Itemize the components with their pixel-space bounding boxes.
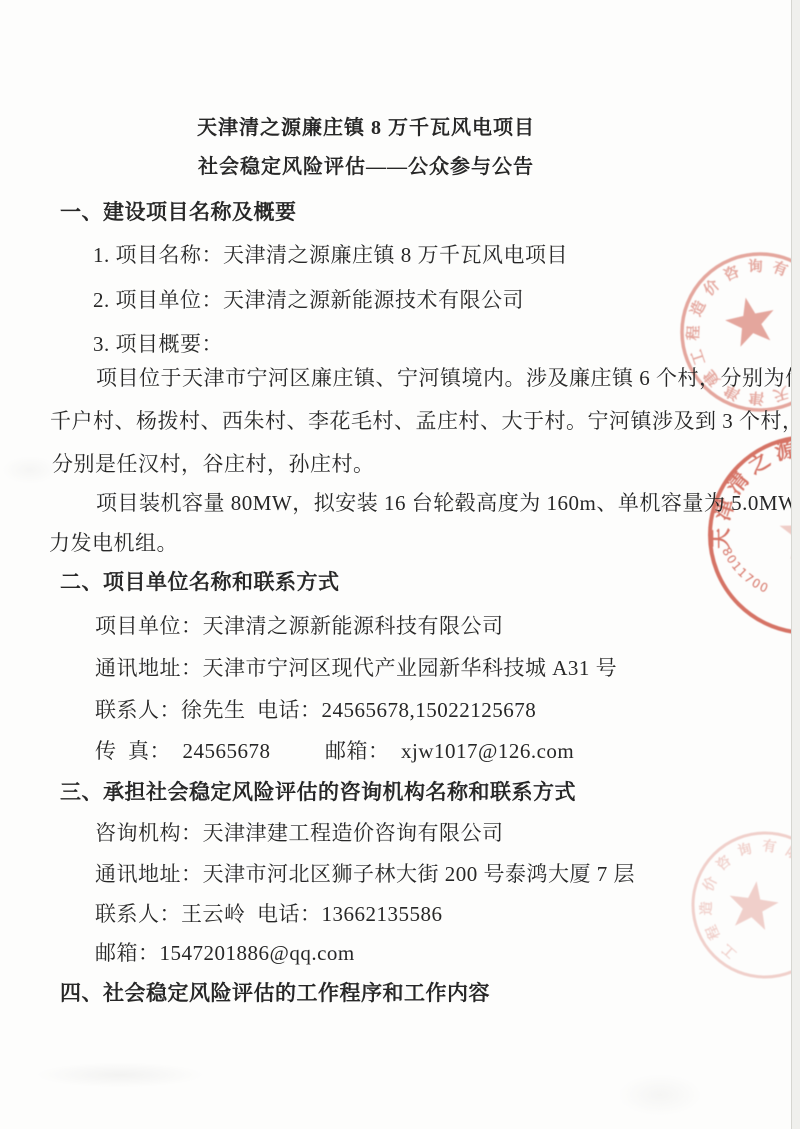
section2-unit: 项目单位：天津清之源新能源科技有限公司 [95,614,504,639]
section2-address: 通讯地址：天津市宁河区现代产业园新华科技城 A31 号 [95,656,617,681]
section1-para2-line1: 项目装机容量 80MW，拟安装 16 台轮毂高度为 160m、单机容量为 5.0… [96,491,800,516]
seal-star-icon [726,878,782,931]
seal-ring-text: 工程造价咨询有限公司 [698,837,800,961]
scanned-document-page: 天津津建工程造价咨询有限公司 天津清之源 8011700 工程造价咨询有限公司 … [0,0,800,1129]
seal-consulting-lower: 工程造价咨询有限公司 [693,833,800,977]
section1-item-project-unit: 2. 项目单位：天津清之源新能源技术有限公司 [93,288,524,313]
section1-item-project-summary: 3. 项目概要： [93,332,223,357]
seal-serial-number: 8011700 [719,545,771,596]
seal-star-icon [721,292,779,348]
section1-heading: 一、建设项目名称及概要 [60,200,297,225]
section3-address: 通讯地址：天津市河北区狮子林大街 200 号泰鸿大厦 7 层 [95,862,635,887]
section2-heading: 二、项目单位名称和联系方式 [60,570,340,595]
section3-email: 邮箱：1547201886@qq.com [95,941,355,966]
section3-contact-phone: 联系人：王云岭 电话：13662135586 [95,902,443,927]
section2-fax-email: 传 真： 24565678 邮箱： xjw1017@126.com [95,739,574,764]
seal-rim-circle [710,437,800,633]
doc-title-line-2: 社会稳定风险评估——公众参与公告 [0,155,732,180]
section1-para1-line1: 项目位于天津市宁河区廉庄镇、宁河镇境内。涉及廉庄镇 6 个村，分别为任 [96,366,800,391]
section1-item-project-name: 1. 项目名称：天津清之源廉庄镇 8 万千瓦风电项目 [93,243,568,268]
seal-rim-circle [693,833,800,977]
doc-title-line-1: 天津清之源廉庄镇 8 万千瓦风电项目 [0,116,732,141]
section1-para1-line2: 千户村、杨拨村、西朱村、李花毛村、孟庄村、大于村。宁河镇涉及到 3 个村， [50,409,800,434]
section1-para1-line3: 分别是任汉村，谷庄村，孙庄村。 [52,452,375,477]
seal-qingzhiyuan-middle: 天津清之源 8011700 [709,435,800,633]
section3-agency: 咨询机构：天津津建工程造价咨询有限公司 [95,821,504,846]
section3-heading: 三、承担社会稳定风险评估的咨询机构名称和联系方式 [60,780,576,805]
scan-edge [791,0,800,1129]
section4-heading: 四、社会稳定风险评估的工作程序和工作内容 [60,981,490,1006]
section2-contact-phone: 联系人：徐先生 电话：24565678,15022125678 [95,698,536,723]
section1-para2-line2: 力发电机组。 [49,531,178,556]
